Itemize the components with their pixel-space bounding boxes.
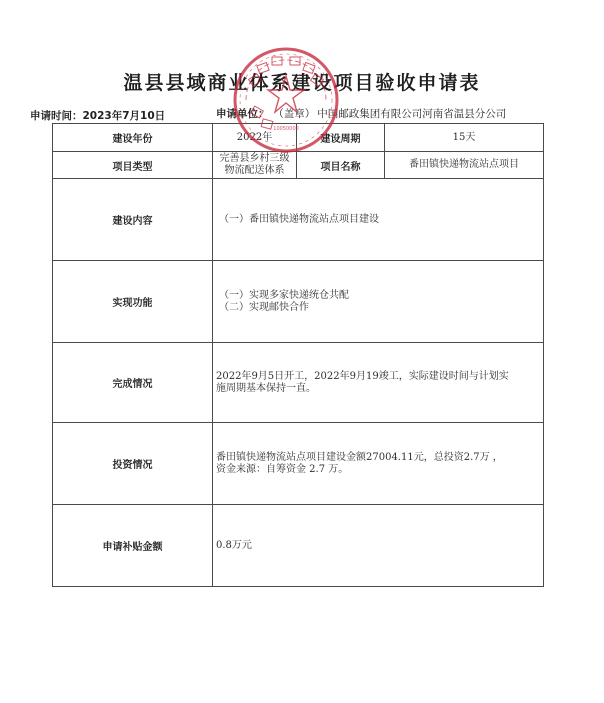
table-row-subsidy: 申请补贴金额 0.8万元 bbox=[53, 505, 544, 587]
applicant-name: 中国邮政集团有限公司河南省温县分公司 bbox=[317, 108, 506, 120]
table-row-year: 建设年份 2022年 建设周期 15天 bbox=[53, 124, 544, 152]
content-label: 建设内容 bbox=[53, 179, 213, 261]
completion-label: 完成情况 bbox=[53, 343, 213, 423]
content-value: （一）番田镇快递物流站点项目建设 bbox=[213, 179, 544, 261]
type-value: 完善县乡村三级 物流配送体系 bbox=[213, 152, 297, 179]
applicant-unit: 申请单位：（盖章）中国邮政集团有限公司河南省温县分公司 bbox=[216, 106, 506, 121]
completion-line-2: 施周期基本保持一直。 bbox=[216, 383, 543, 395]
investment-line-1: 番田镇快递物流站点项目建设金额27004.11元，总投资2.7万 ， bbox=[216, 452, 543, 464]
type-value-line2: 物流配送体系 bbox=[213, 165, 296, 177]
year-value: 2022年 bbox=[213, 124, 297, 152]
acceptance-form-table: 建设年份 2022年 建设周期 15天 项目类型 完善县乡村三级 物流配送体系 … bbox=[52, 123, 544, 587]
applicant-label: 申请单位： bbox=[216, 108, 269, 120]
subsidy-label: 申请补贴金额 bbox=[53, 505, 213, 587]
application-date: 申请时间：2023年7月10日 bbox=[30, 108, 165, 123]
period-label: 建设周期 bbox=[297, 124, 385, 152]
name-value: 番田镇快递物流站点项目 bbox=[385, 152, 544, 179]
table-row-type: 项目类型 完善县乡村三级 物流配送体系 项目名称 番田镇快递物流站点项目 bbox=[53, 152, 544, 179]
subsidy-value: 0.8万元 bbox=[213, 505, 544, 587]
function-label: 实现功能 bbox=[53, 261, 213, 343]
table-row-function: 实现功能 （一）实现多家快递统仓共配 （二）实现邮快合作 bbox=[53, 261, 544, 343]
year-label: 建设年份 bbox=[53, 124, 213, 152]
table-row-content: 建设内容 （一）番田镇快递物流站点项目建设 bbox=[53, 179, 544, 261]
name-label: 项目名称 bbox=[297, 152, 385, 179]
table-row-investment: 投资情况 番田镇快递物流站点项目建设金额27004.11元，总投资2.7万 ， … bbox=[53, 423, 544, 505]
function-value: （一）实现多家快递统仓共配 （二）实现邮快合作 bbox=[213, 261, 544, 343]
completion-value: 2022年9月5日开工，2022年9月19竣工，实际建设时间与计划实 施周期基本… bbox=[213, 343, 544, 423]
table-row-completion: 完成情况 2022年9月5日开工，2022年9月19竣工，实际建设时间与计划实 … bbox=[53, 343, 544, 423]
document-title: 温县县域商业体系建设项目验收申请表 bbox=[0, 68, 604, 95]
function-item-2: （二）实现邮快合作 bbox=[219, 302, 543, 314]
completion-line-1: 2022年9月5日开工，2022年9月19竣工，实际建设时间与计划实 bbox=[216, 371, 543, 383]
investment-label: 投资情况 bbox=[53, 423, 213, 505]
application-date-value: 2023年7月10日 bbox=[83, 110, 166, 122]
seal-note: （盖章） bbox=[279, 108, 316, 120]
content-item-1: （一）番田镇快递物流站点项目建设 bbox=[219, 214, 543, 226]
application-date-label: 申请时间： bbox=[30, 110, 83, 122]
period-value: 15天 bbox=[385, 124, 544, 152]
type-label: 项目类型 bbox=[53, 152, 213, 179]
type-value-line1: 完善县乡村三级 bbox=[213, 153, 296, 165]
investment-line-2: 资金来源：自筹资金 2.7 万。 bbox=[216, 464, 543, 476]
investment-value: 番田镇快递物流站点项目建设金额27004.11元，总投资2.7万 ， 资金来源：… bbox=[213, 423, 544, 505]
function-item-1: （一）实现多家快递统仓共配 bbox=[219, 290, 543, 302]
